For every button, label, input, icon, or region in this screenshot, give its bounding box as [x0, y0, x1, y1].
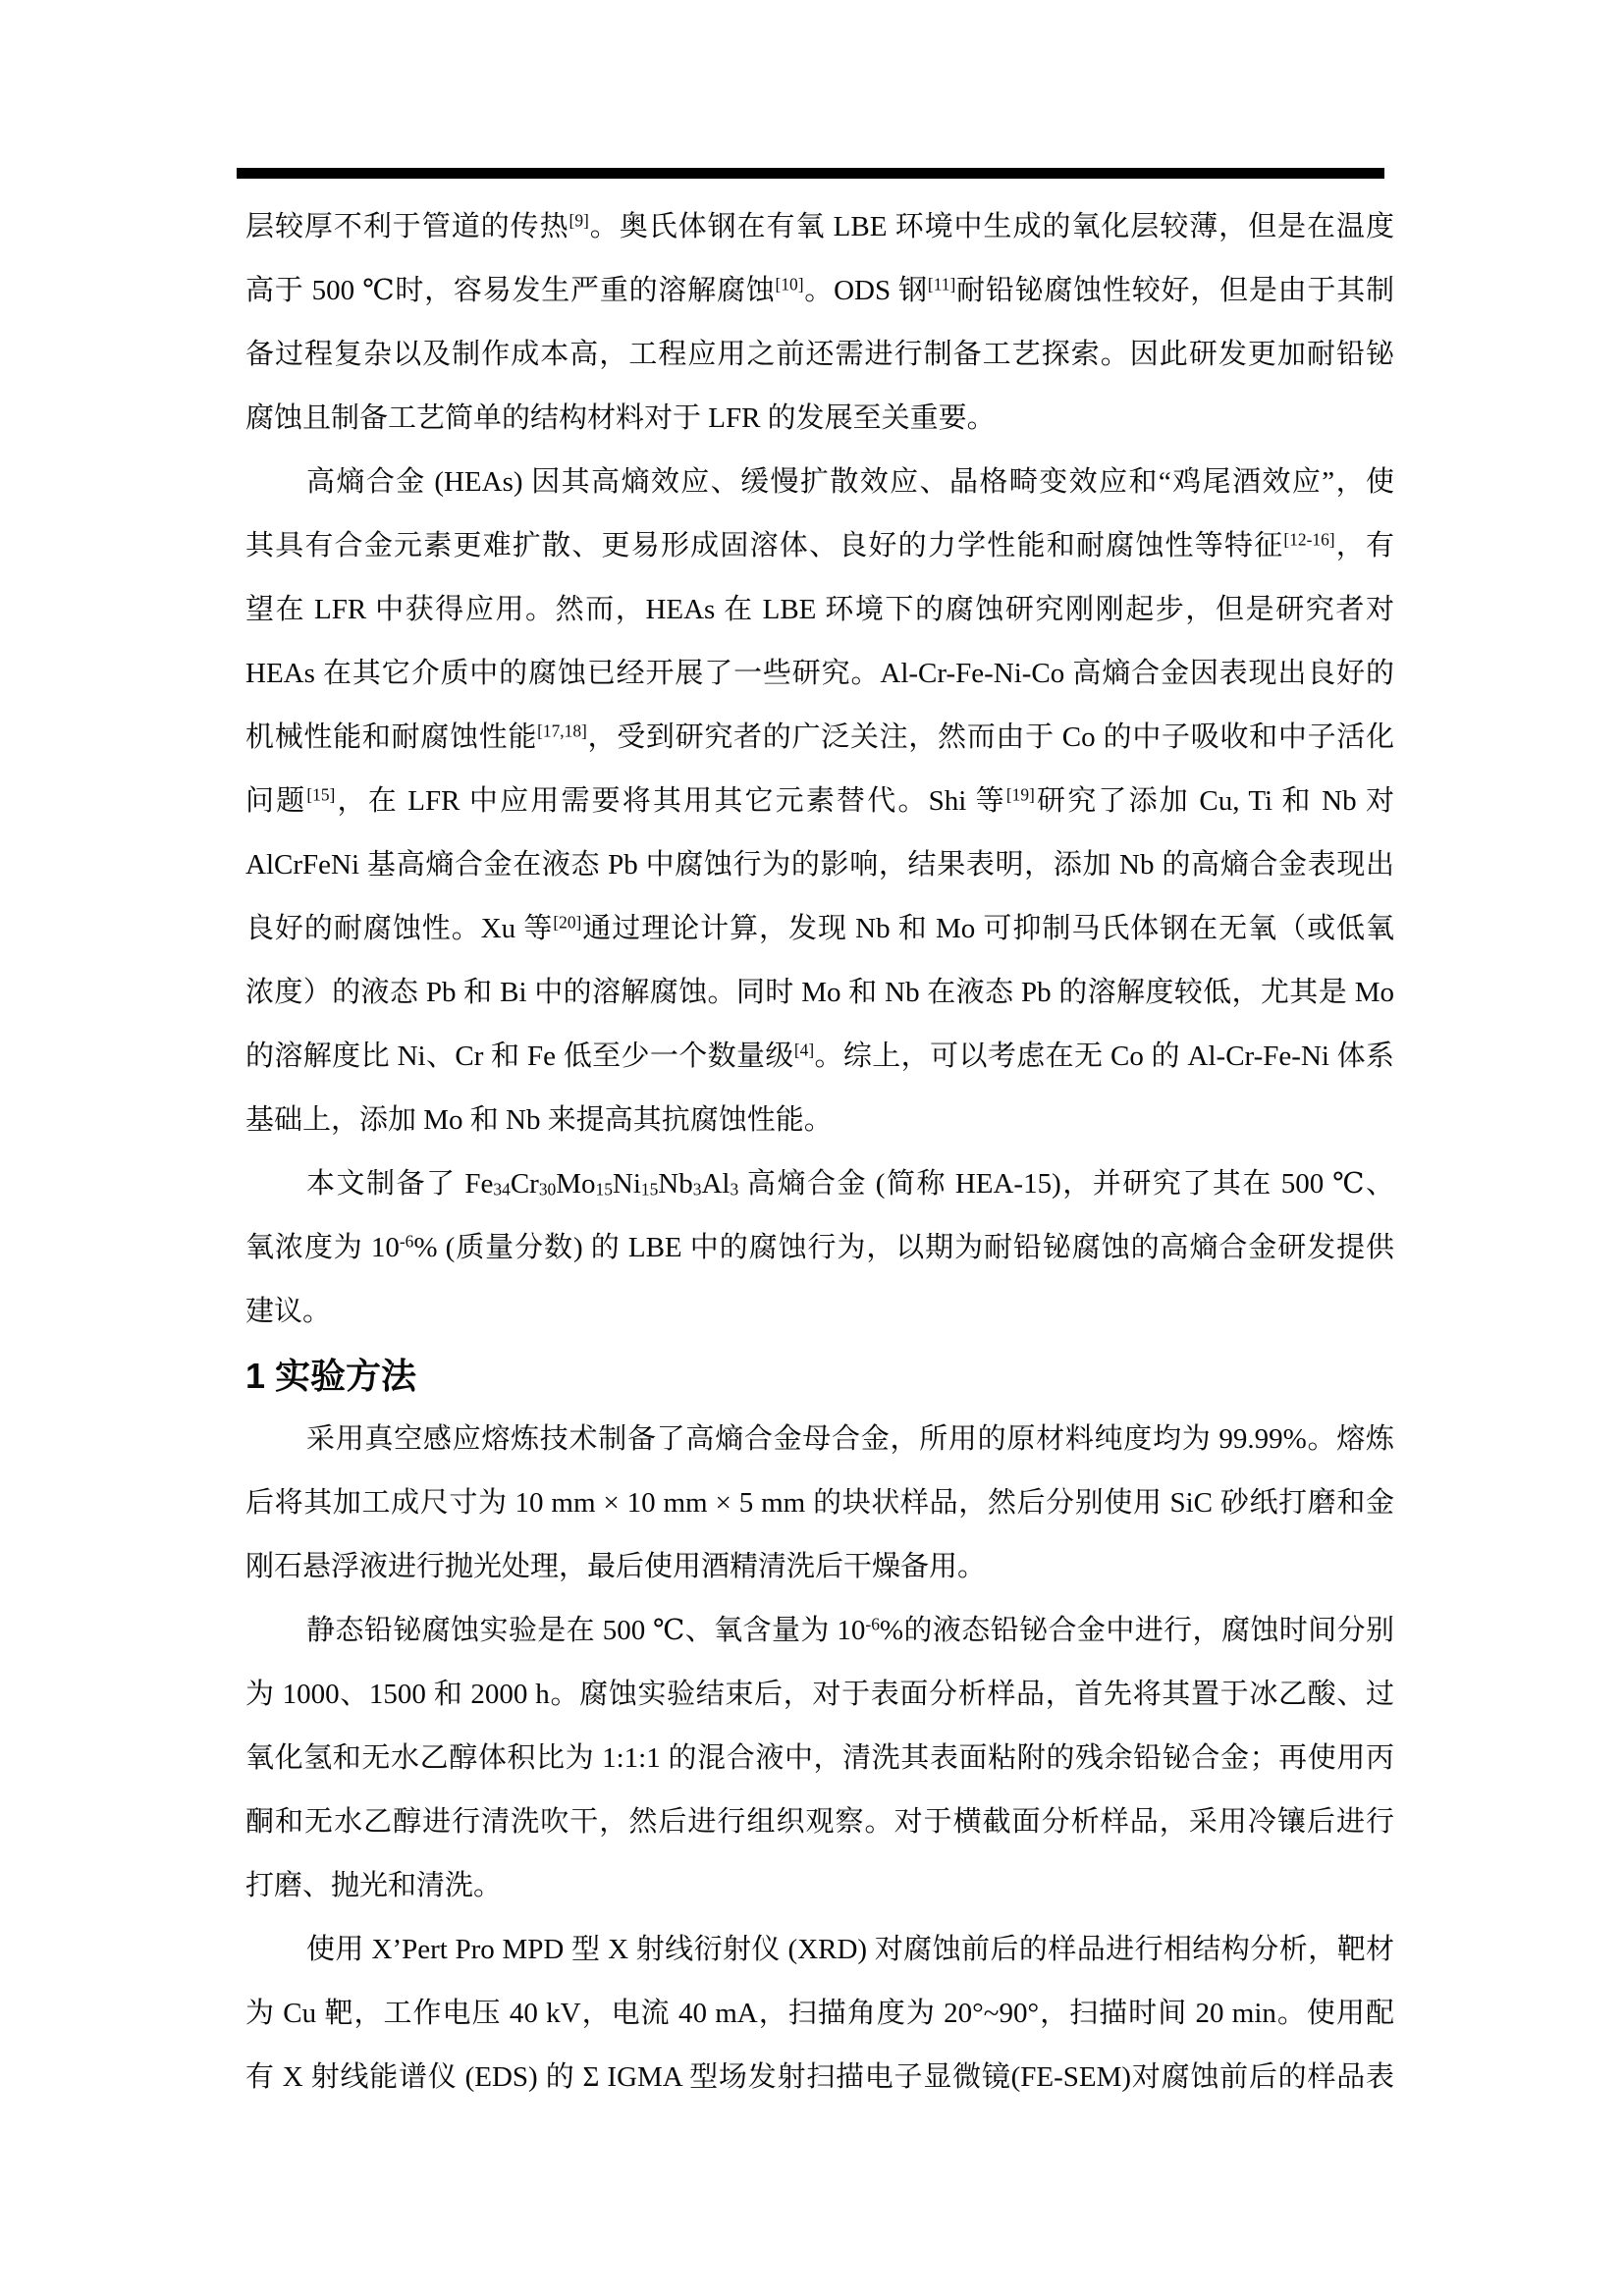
text-line: 氧浓度为 10-6% (质量分数) 的 LBE 中的腐蚀行为，以期为耐铅铋腐蚀的…: [245, 1216, 1394, 1280]
subscript: 30: [539, 1180, 556, 1200]
text-line: 的溶解度比 Ni、Cr 和 Fe 低至少一个数量级[4]。综上，可以考虑在无 C…: [245, 1025, 1394, 1089]
superscript: [17,18]: [537, 721, 587, 740]
superscript: [15]: [306, 784, 335, 804]
document-body: 层较厚不利于管道的传热[9]。奥氏体钢在有氧 LBE 环境中生成的氧化层较薄，但…: [245, 195, 1394, 2109]
superscript: [20]: [553, 912, 581, 932]
text-line: AlCrFeNi 基高熵合金在液态 Pb 中腐蚀行为的影响，结果表明，添加 Nb…: [245, 833, 1394, 897]
superscript: [10]: [776, 274, 804, 294]
text-line: 为 Cu 靶，工作电压 40 kV，电流 40 mA，扫描角度为 20°~90°…: [245, 1982, 1394, 2046]
superscript: [9]: [569, 210, 589, 230]
section-heading: 1 实验方法: [245, 1344, 1394, 1408]
text-line: 基础上，添加 Mo 和 Nb 来提高其抗腐蚀性能。: [245, 1089, 1394, 1152]
superscript: [4]: [794, 1040, 814, 1059]
text-line: 高熵合金 (HEAs) 因其高熵效应、缓慢扩散效应、晶格畸变效应和“鸡尾酒效应”…: [245, 451, 1394, 514]
text-line: 采用真空感应熔炼技术制备了高熵合金母合金，所用的原材料纯度均为 99.99%。熔…: [245, 1408, 1394, 1471]
subscript: 3: [730, 1180, 738, 1200]
subscript: 34: [493, 1180, 510, 1200]
subscript: 3: [693, 1180, 702, 1200]
text-line: 腐蚀且制备工艺简单的结构材料对于 LFR 的发展至关重要。: [245, 387, 1394, 451]
text-line: 浓度）的液态 Pb 和 Bi 中的溶解腐蚀。同时 Mo 和 Nb 在液态 Pb …: [245, 961, 1394, 1025]
header-rule: [237, 168, 1384, 179]
text-line: 良好的耐腐蚀性。Xu 等[20]通过理论计算，发现 Nb 和 Mo 可抑制马氏体…: [245, 897, 1394, 961]
text-line: 备过程复杂以及制作成本高，工程应用之前还需进行制备工艺探索。因此研发更加耐铅铋: [245, 323, 1394, 387]
text-line: HEAs 在其它介质中的腐蚀已经开展了一些研究。Al-Cr-Fe-Ni-Co 高…: [245, 642, 1394, 706]
text-line: 本文制备了 Fe34Cr30Mo15Ni15Nb3Al3 高熵合金 (简称 HE…: [245, 1152, 1394, 1216]
text-line: 后将其加工成尺寸为 10 mm × 10 mm × 5 mm 的块状样品，然后分…: [245, 1471, 1394, 1535]
text-line: 为 1000、1500 和 2000 h。腐蚀实验结束后，对于表面分析样品，首先…: [245, 1663, 1394, 1727]
superscript: -6: [400, 1231, 414, 1251]
subscript: 15: [596, 1180, 613, 1200]
superscript: -6: [865, 1614, 880, 1633]
text-line: 氧化氢和无水乙醇体积比为 1:1:1 的混合液中，清洗其表面粘附的残余铅铋合金；…: [245, 1727, 1394, 1790]
superscript: [11]: [928, 274, 955, 294]
text-line: 有 X 射线能谱仪 (EDS) 的 Σ IGMA 型场发射扫描电子显微镜(FE-…: [245, 2046, 1394, 2109]
text-line: 刚石悬浮液进行抛光处理，最后使用酒精清洗后干燥备用。: [245, 1535, 1394, 1599]
text-line: 酮和无水乙醇进行清洗吹干，然后进行组织观察。对于横截面分析样品，采用冷镶后进行: [245, 1790, 1394, 1854]
superscript: [12-16]: [1283, 529, 1334, 549]
subscript: 15: [641, 1180, 658, 1200]
page: { "page": { "background": "#ffffff", "te…: [0, 0, 1624, 2296]
text-line: 层较厚不利于管道的传热[9]。奥氏体钢在有氧 LBE 环境中生成的氧化层较薄，但…: [245, 195, 1394, 259]
text-line: 使用 X’Pert Pro MPD 型 X 射线衍射仪 (XRD) 对腐蚀前后的…: [245, 1918, 1394, 1982]
text-line: 望在 LFR 中获得应用。然而，HEAs 在 LBE 环境下的腐蚀研究刚刚起步，…: [245, 578, 1394, 642]
text-line: 机械性能和耐腐蚀性能[17,18]，受到研究者的广泛关注，然而由于 Co 的中子…: [245, 706, 1394, 770]
text-line: 打磨、抛光和清洗。: [245, 1854, 1394, 1918]
superscript: [19]: [1006, 784, 1035, 804]
text-line: 其具有合金元素更难扩散、更易形成固溶体、良好的力学性能和耐腐蚀性等特征[12-1…: [245, 514, 1394, 578]
text-line: 静态铅铋腐蚀实验是在 500 ℃、氧含量为 10-6%的液态铅铋合金中进行，腐蚀…: [245, 1599, 1394, 1663]
text-line: 建议。: [245, 1280, 1394, 1344]
text-line: 高于 500 ℃时，容易发生严重的溶解腐蚀[10]。ODS 钢[11]耐铅铋腐蚀…: [245, 259, 1394, 323]
text-line: 问题[15]，在 LFR 中应用需要将其用其它元素替代。Shi 等[19]研究了…: [245, 770, 1394, 833]
